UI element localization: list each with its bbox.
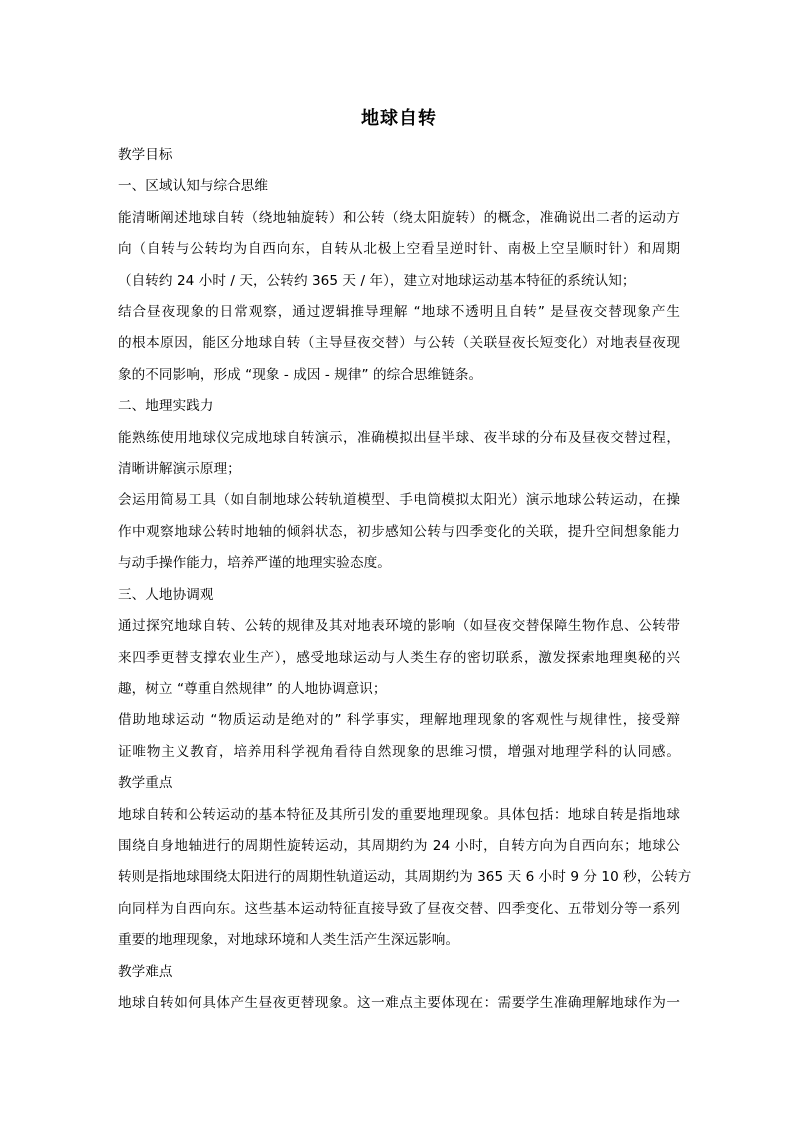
paragraph-line: 向（自转与公转均为自西向东，自转从北极上空看呈逆时针、南极上空呈顺时针）和周期	[118, 234, 680, 265]
paragraph-line: 的根本原因，能区分地球自转（主导昼夜交替）与公转（关联昼夜长短变化）对地表昼夜现	[118, 328, 680, 359]
paragraph-line: 象的不同影响，形成 “现象 - 成因 - 规律” 的综合思维链条。	[118, 360, 680, 391]
section-heading: 教学难点	[118, 957, 680, 988]
document-title: 地球自转	[118, 104, 680, 134]
paragraph-line: 趣，树立 “尊重自然规律” 的人地协调意识；	[118, 674, 680, 705]
paragraph-line: 与动手操作能力，培养严谨的地理实验态度。	[118, 548, 680, 579]
paragraph-line: 重要的地理现象，对地球环境和人类生活产生深远影响。	[118, 925, 680, 956]
paragraph-line: 清晰讲解演示原理；	[118, 454, 680, 485]
document-body: 教学目标一、区域认知与综合思维能清晰阐述地球自转（绕地轴旋转）和公转（绕太阳旋转…	[118, 140, 680, 1019]
paragraph-line: 向同样为自西向东。这些基本运动特征直接导致了昼夜交替、四季变化、五带划分等一系列	[118, 894, 680, 925]
section-heading: 教学重点	[118, 768, 680, 799]
paragraph-line: 通过探究地球自转、公转的规律及其对地表环境的影响（如昼夜交替保障生物作息、公转带	[118, 611, 680, 642]
document-page: 地球自转 教学目标一、区域认知与综合思维能清晰阐述地球自转（绕地轴旋转）和公转（…	[118, 104, 680, 1019]
paragraph-line: 借助地球运动 “物质运动是绝对的” 科学事实，理解地理现象的客观性与规律性，接受…	[118, 705, 680, 736]
paragraph-line: 证唯物主义教育，培养用科学视角看待自然现象的思维习惯，增强对地理学科的认同感。	[118, 737, 680, 768]
paragraph-line: 来四季更替支撑农业生产），感受地球运动与人类生存的密切联系，激发探索地理奥秘的兴	[118, 643, 680, 674]
subsection-heading: 三、人地协调观	[118, 580, 680, 611]
paragraph-line: 转则是指地球围绕太阳进行的周期性轨道运动，其周期约为 365 天 6 小时 9 …	[118, 862, 680, 893]
paragraph-line: 作中观察地球公转时地轴的倾斜状态，初步感知公转与四季变化的关联，提升空间想象能力	[118, 517, 680, 548]
paragraph-line: 会运用简易工具（如自制地球公转轨道模型、手电筒模拟太阳光）演示地球公转运动，在操	[118, 485, 680, 516]
paragraph-line: 能清晰阐述地球自转（绕地轴旋转）和公转（绕太阳旋转）的概念，准确说出二者的运动方	[118, 203, 680, 234]
paragraph-line: 地球自转如何具体产生昼夜更替现象。这一难点主要体现在：需要学生准确理解地球作为一	[118, 988, 680, 1019]
paragraph-line: 地球自转和公转运动的基本特征及其所引发的重要地理现象。具体包括：地球自转是指地球	[118, 800, 680, 831]
paragraph-line: 结合昼夜现象的日常观察，通过逻辑推导理解 “地球不透明且自转” 是昼夜交替现象产…	[118, 297, 680, 328]
subsection-heading: 一、区域认知与综合思维	[118, 171, 680, 202]
section-heading: 教学目标	[118, 140, 680, 171]
paragraph-line: 能熟练使用地球仪完成地球自转演示，准确模拟出昼半球、夜半球的分布及昼夜交替过程，	[118, 423, 680, 454]
paragraph-line: 围绕自身地轴进行的周期性旋转运动，其周期约为 24 小时，自转方向为自西向东；地…	[118, 831, 680, 862]
paragraph-line: （自转约 24 小时 / 天，公转约 365 天 / 年），建立对地球运动基本特…	[118, 266, 680, 297]
subsection-heading: 二、地理实践力	[118, 391, 680, 422]
